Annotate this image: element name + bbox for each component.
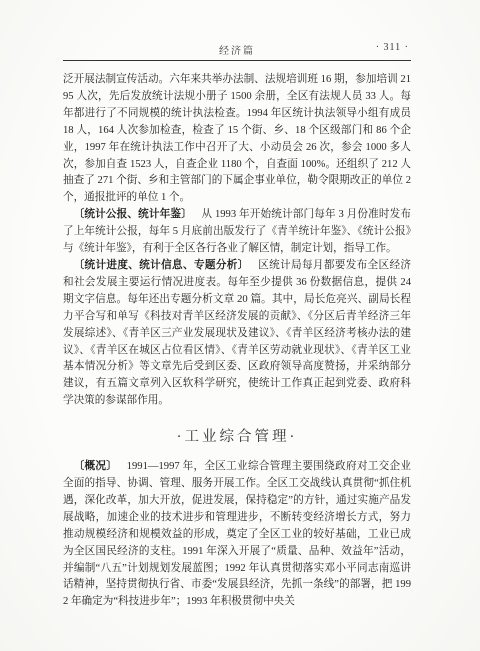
entry-label-statistical-bulletin: 〔统计公报、统计年鉴〕 [74,209,192,220]
scanned-book-page: 经济篇 · 311 · 泛开展法制宣传活动。六年来共举办法制、法规培训班 16 … [0,0,480,651]
entry-statistical-bulletin: 〔统计公报、统计年鉴〕从 1993 年开始统计部门每年 3 月份准时发布了上年统… [63,207,411,258]
entry-overview: 〔概况〕1991—1997 年，全区工业综合管理主要围绕政府对工交企业全面的指导… [63,459,411,611]
entry-label-statistical-progress: 〔统计进度、统计信息、专题分析〕 [74,260,249,271]
running-header-section-label: 经济篇 [63,42,411,57]
page-number: · 311 · [376,42,409,53]
entry-text-overview: 1991—1997 年，全区工业综合管理主要围绕政府对工交企业全面的指导、协调、… [63,461,411,607]
section-heading-industry-management: ·工业综合管理· [63,425,411,446]
entry-statistical-progress: 〔统计进度、统计信息、专题分析〕区统计局每月都要发布全区经济和社会发展主要运行情… [63,258,411,410]
entry-label-overview: 〔概况〕 [74,461,118,472]
running-header: 经济篇 · 311 · [63,42,411,56]
paragraph-continuation: 泛开展法制宣传活动。六年来共举办法制、法规培训班 16 期，参加培训 2195 … [63,72,411,207]
entry-text-statistical-progress: 区统计局每月都要发布全区经济和社会发展主要运行情况进度表。每年至少提供 36 份… [63,260,411,406]
header-rule [63,60,411,61]
page-text-column: 经济篇 · 311 · 泛开展法制宣传活动。六年来共举办法制、法规培训班 16 … [63,42,411,611]
